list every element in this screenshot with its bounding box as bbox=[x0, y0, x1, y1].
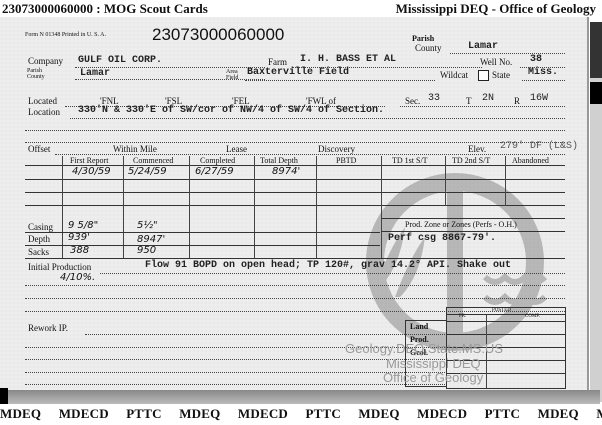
agency-title: Mississippi DEQ - Office of Geology bbox=[396, 1, 596, 17]
initial-production-value-2: 4/10%. bbox=[60, 272, 95, 283]
initial-production-label: Initial Production bbox=[28, 262, 91, 272]
footer-item: MDECD bbox=[59, 406, 109, 421]
col-td-1st: TD 1st S/T bbox=[392, 156, 428, 165]
casing-col2: 5½" bbox=[137, 220, 158, 231]
form-number: Form N 01348 Printed in U. S. A. bbox=[25, 32, 106, 38]
watermark-agency: Mississippi DEQ bbox=[386, 356, 481, 371]
well-no-value: 38 bbox=[530, 54, 542, 65]
casing-label: Casing bbox=[28, 222, 53, 232]
posted-title: POSTED bbox=[492, 308, 511, 313]
record-title: 23073000060000 : MOG Scout Cards bbox=[2, 1, 208, 17]
sacks-label: Sacks bbox=[28, 247, 49, 257]
side-strip bbox=[590, 22, 602, 402]
watermark-url: Geology.DEQ.State.MS.US bbox=[345, 341, 503, 356]
col-total-depth: Total Depth bbox=[260, 156, 298, 165]
footer-item: MDECD bbox=[238, 406, 288, 421]
location-value: 330'N & 330'E of SW/cor of NW/4 of SW/4 … bbox=[78, 105, 384, 116]
col-commenced: Commenced bbox=[133, 156, 173, 165]
prod-zone-value: Perf csg 8867-79'. bbox=[388, 233, 496, 244]
rework-ip-label: Rework IP. bbox=[28, 323, 68, 333]
wildcat-label: Wildcat bbox=[440, 70, 468, 80]
row-label-faint bbox=[28, 182, 30, 188]
card-corner-mark bbox=[0, 388, 8, 404]
discovery-label: Discovery bbox=[318, 144, 355, 154]
company-value: GULF OIL CORP. bbox=[78, 55, 162, 66]
footer-item: MDEQ bbox=[179, 406, 220, 421]
posted-comp: COMP. bbox=[525, 314, 540, 319]
lease-label: Lease bbox=[226, 144, 247, 154]
wildcat-checkbox[interactable] bbox=[478, 70, 489, 81]
card-bottom-edge bbox=[2, 390, 600, 404]
company-label: Company bbox=[28, 56, 63, 66]
footer-item: MDECD bbox=[417, 406, 467, 421]
well-no-label: Well No. bbox=[480, 57, 512, 67]
page-header: 23073000060000 : MOG Scout Cards Mississ… bbox=[0, 0, 602, 18]
depth-col1: 939' bbox=[68, 232, 90, 243]
county-value: Lamar bbox=[468, 41, 498, 52]
prod-zone-label: Prod. Zone or Zones (Perfs - O.H.) bbox=[405, 220, 517, 229]
watermark-office: Office of Geology bbox=[383, 370, 483, 385]
col-first-report: First Report bbox=[70, 156, 108, 165]
sacks-col2: 950 bbox=[137, 245, 156, 256]
scout-card-image: Form N 01348 Printed in U. S. A. 2307300… bbox=[0, 17, 589, 392]
township-label: T bbox=[466, 96, 472, 106]
total-depth-value: 8974' bbox=[272, 166, 300, 177]
state-label: State bbox=[492, 70, 510, 80]
completed-value: 6/27/59 bbox=[195, 166, 234, 177]
first-report-value: 4/30/59 bbox=[72, 166, 111, 177]
posted-fr: FR. bbox=[459, 314, 466, 319]
col-completed: Completed bbox=[200, 156, 235, 165]
col-abandoned: Abandoned bbox=[512, 156, 549, 165]
api-number: 23073000060000 bbox=[152, 25, 284, 45]
commenced-value: 5/24/59 bbox=[128, 166, 167, 177]
located-label: Located bbox=[28, 96, 57, 106]
farm-value: I. H. BASS ET AL bbox=[300, 54, 396, 65]
sec-value: 33 bbox=[428, 93, 440, 104]
col-td-2nd: TD 2nd S/T bbox=[452, 156, 490, 165]
sacks-col1: 388 bbox=[70, 245, 89, 256]
col-pbtd: PBTD bbox=[336, 156, 356, 165]
elev-value: 279' DF (L&S) bbox=[500, 141, 578, 152]
range-value: 16W bbox=[530, 93, 548, 104]
parish-county-label: Parish County bbox=[27, 68, 47, 80]
footer-item: MDEQ bbox=[538, 406, 579, 421]
sec-label: Sec. bbox=[405, 96, 420, 106]
state-value: Miss. bbox=[528, 67, 558, 78]
casing-col1: 9 5/8" bbox=[68, 220, 98, 231]
offset-label: Offset bbox=[28, 144, 50, 154]
elev-label: Elev. bbox=[468, 144, 486, 154]
farm-label: Farm bbox=[268, 57, 287, 67]
parish-county-value: Lamar bbox=[80, 68, 110, 79]
initial-production-value: Flow 91 BOPD on open head; TP 120#, grav… bbox=[145, 260, 511, 271]
county-label: County bbox=[415, 43, 442, 53]
township-value: 2N bbox=[482, 93, 494, 104]
footer-sponsors: MDEQ MDECD PTTC MDEQ MDECD PTTC MDEQ MDE… bbox=[0, 406, 602, 425]
depth-label: Depth bbox=[28, 234, 50, 244]
footer-item: PTTC bbox=[126, 406, 161, 421]
footer-item: MDECD bbox=[596, 406, 602, 421]
footer-item: MDEQ bbox=[0, 406, 41, 421]
range-label: R bbox=[514, 96, 520, 106]
footer-item: MDEQ bbox=[358, 406, 399, 421]
area-field-label: Area Field bbox=[226, 69, 242, 81]
area-field-value: Baxterville Field bbox=[247, 67, 349, 78]
parish-label: Parish bbox=[412, 34, 434, 43]
location-label: Location bbox=[28, 107, 60, 117]
within-mile-label: Within Mile bbox=[113, 144, 157, 154]
posted-land: Land bbox=[410, 322, 428, 331]
footer-item: PTTC bbox=[305, 406, 340, 421]
footer-item: PTTC bbox=[485, 406, 520, 421]
depth-col2: 8947' bbox=[137, 234, 165, 245]
